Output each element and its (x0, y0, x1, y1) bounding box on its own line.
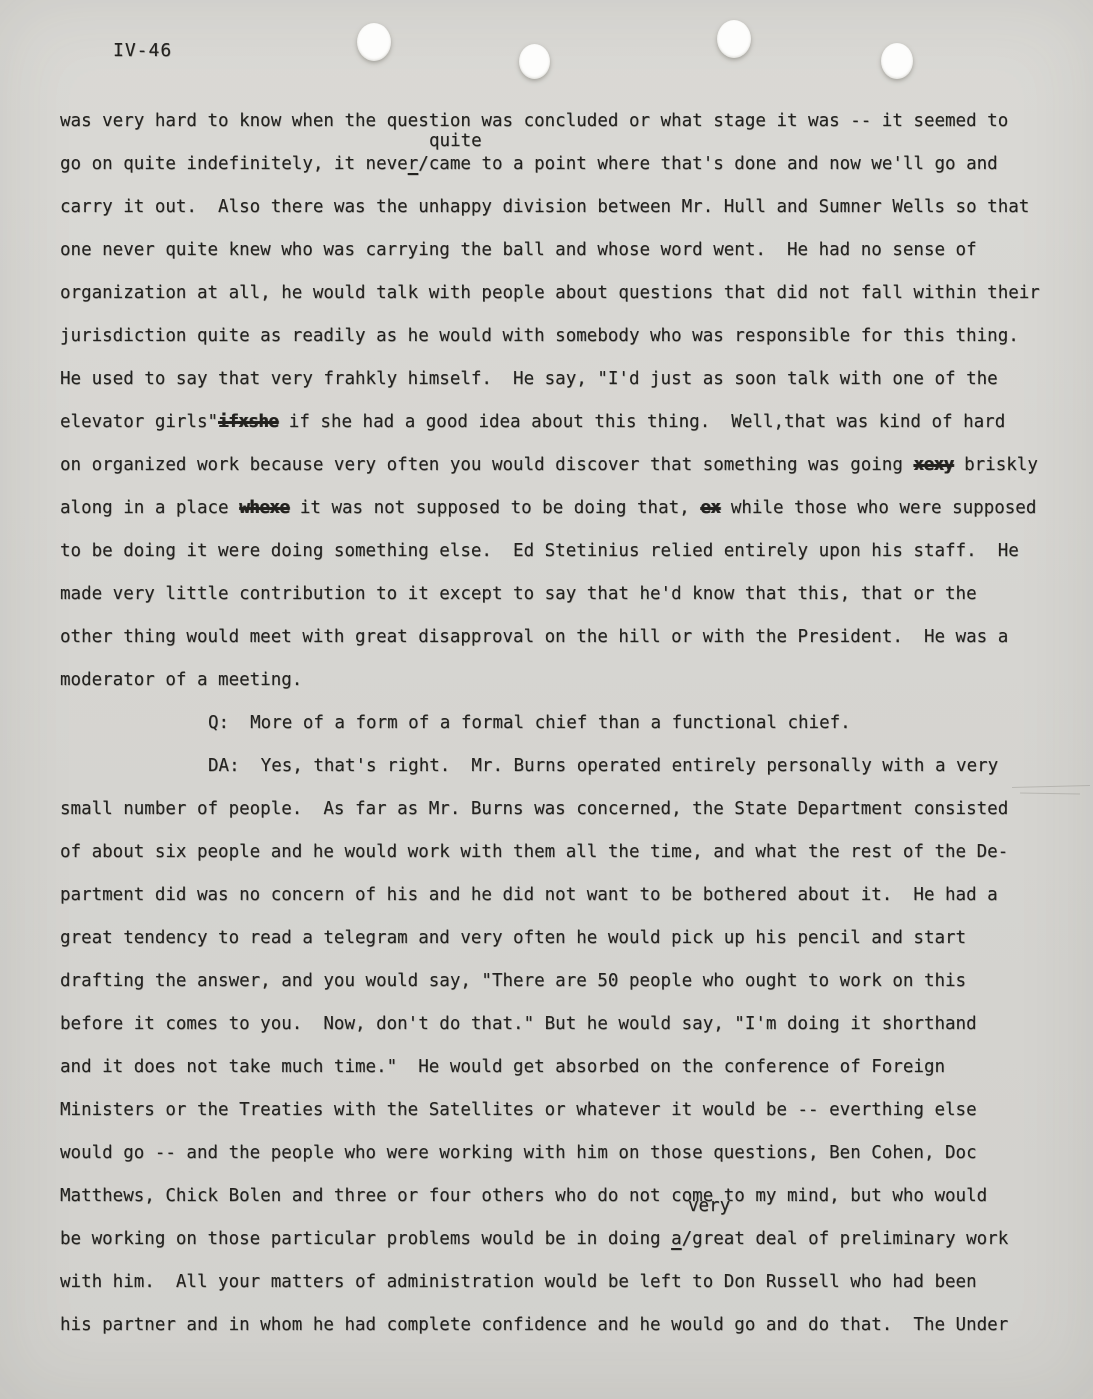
text-line: on organized work because very often you… (60, 444, 1050, 487)
text-segment: partment did was no concern of his and h… (60, 885, 998, 905)
struck-out-word: xexy (913, 455, 953, 475)
text-segment: if she had a good idea about this thing.… (278, 412, 1005, 432)
underlined-insert-point: r (408, 154, 419, 174)
text-line: one never quite knew who was carrying th… (60, 229, 1050, 272)
struck-out-word: ifxshe (218, 412, 278, 432)
text-line: with him. All your matters of administra… (60, 1261, 1050, 1304)
text-segment: with him. All your matters of administra… (60, 1272, 977, 1292)
text-segment: it was not supposed to be doing that, (289, 498, 700, 518)
text-line: of about six people and he would work wi… (60, 831, 1050, 874)
text-line: to be doing it were doing something else… (60, 530, 1050, 573)
text-line: He used to say that very frahkly himself… (60, 358, 1050, 401)
text-line: drafting the answer, and you would say, … (60, 960, 1050, 1003)
inserted-word-very: very (688, 1196, 730, 1217)
text-segment: and it does not take much time." He woul… (60, 1057, 945, 1077)
struck-out-word: ex (700, 498, 720, 518)
text-line: Q: More of a form of a formal chief than… (60, 702, 1050, 745)
text-segment: his partner and in whom he had complete … (60, 1315, 1008, 1335)
text-segment: would go -- and the people who were work… (60, 1143, 977, 1163)
text-line: organization at all, he would talk with … (60, 272, 1050, 315)
text-segment: organization at all, he would talk with … (60, 283, 1040, 303)
pencil-mark (1012, 782, 1092, 798)
page-number: IV-46 (113, 40, 172, 61)
text-segment: be working on those particular problems … (60, 1229, 671, 1249)
text-line: DA: Yes, that's right. Mr. Burns operate… (60, 745, 1050, 788)
text-segment: small number of people. As far as Mr. Bu… (60, 799, 1008, 819)
text-line: partment did was no concern of his and h… (60, 874, 1050, 917)
text-segment: Ministers or the Treaties with the Satel… (60, 1100, 977, 1120)
text-segment: elevator girls" (60, 412, 218, 432)
text-line: and it does not take much time." He woul… (60, 1046, 1050, 1089)
text-line: great tendency to read a telegram and ve… (60, 917, 1050, 960)
text-line: be working on those particular problems … (60, 1218, 1050, 1261)
text-segment: Matthews, Chick Bolen and three or four … (60, 1186, 987, 1206)
punch-hole (519, 44, 550, 79)
typed-text: was very hard to know when the question … (60, 100, 1050, 1347)
text-line: along in a place whexe it was not suppos… (60, 487, 1050, 530)
punch-hole (717, 20, 751, 58)
text-segment: to be doing it were doing something else… (60, 541, 1019, 561)
text-line: would go -- and the people who were work… (60, 1132, 1050, 1175)
text-line: his partner and in whom he had complete … (60, 1304, 1050, 1347)
text-line: before it comes to you. Now, don't do th… (60, 1003, 1050, 1046)
punch-hole (357, 23, 391, 61)
text-line: elevator girls"ifxshe if she had a good … (60, 401, 1050, 444)
text-line: carry it out. Also there was the unhappy… (60, 186, 1050, 229)
text-segment: of about six people and he would work wi… (60, 842, 1008, 862)
inserted-word-quite: quite (429, 131, 482, 152)
text-segment: other thing would meet with great disapp… (60, 627, 1008, 647)
text-segment: before it comes to you. Now, don't do th… (60, 1014, 977, 1034)
punch-hole (881, 43, 913, 79)
text-line: Ministers or the Treaties with the Satel… (60, 1089, 1050, 1132)
text-segment: while those who were supposed (720, 498, 1036, 518)
text-line: made very little contribution to it exce… (60, 573, 1050, 616)
document-page: IV-46 was very hard to know when the que… (0, 0, 1093, 1399)
text-segment: made very little contribution to it exce… (60, 584, 977, 604)
text-segment: moderator of a meeting. (60, 670, 302, 690)
text-segment: along in a place (60, 498, 239, 518)
text-line: other thing would meet with great disapp… (60, 616, 1050, 659)
underlined-insert-point: a (671, 1229, 682, 1249)
text-line: jurisdiction quite as readily as he woul… (60, 315, 1050, 358)
text-segment: one never quite knew who was carrying th… (60, 240, 977, 260)
text-line: go on quite indefinitely, it never/came … (60, 143, 1050, 186)
struck-out-word: whexe (239, 498, 289, 518)
text-segment: drafting the answer, and you would say, … (60, 971, 966, 991)
text-line: was very hard to know when the question … (60, 100, 1050, 143)
text-segment: /great deal of preliminary work (682, 1229, 1009, 1249)
text-segment: was very hard to know when the question … (60, 111, 1008, 131)
text-segment: DA: Yes, that's right. Mr. Burns operate… (208, 756, 998, 776)
text-segment: He used to say that very frahkly himself… (60, 369, 998, 389)
text-segment: jurisdiction quite as readily as he woul… (60, 326, 1019, 346)
text-segment: great tendency to read a telegram and ve… (60, 928, 966, 948)
text-segment: /came to a point where that's done and n… (418, 154, 997, 174)
text-line: small number of people. As far as Mr. Bu… (60, 788, 1050, 831)
text-line: Matthews, Chick Bolen and three or four … (60, 1175, 1050, 1218)
text-line: moderator of a meeting. (60, 659, 1050, 702)
text-segment: briskly (954, 455, 1038, 475)
text-segment: go on quite indefinitely, it neve (60, 154, 408, 174)
text-segment: on organized work because very often you… (60, 455, 913, 475)
text-segment: carry it out. Also there was the unhappy… (60, 197, 1029, 217)
text-segment: Q: More of a form of a formal chief than… (208, 713, 851, 733)
